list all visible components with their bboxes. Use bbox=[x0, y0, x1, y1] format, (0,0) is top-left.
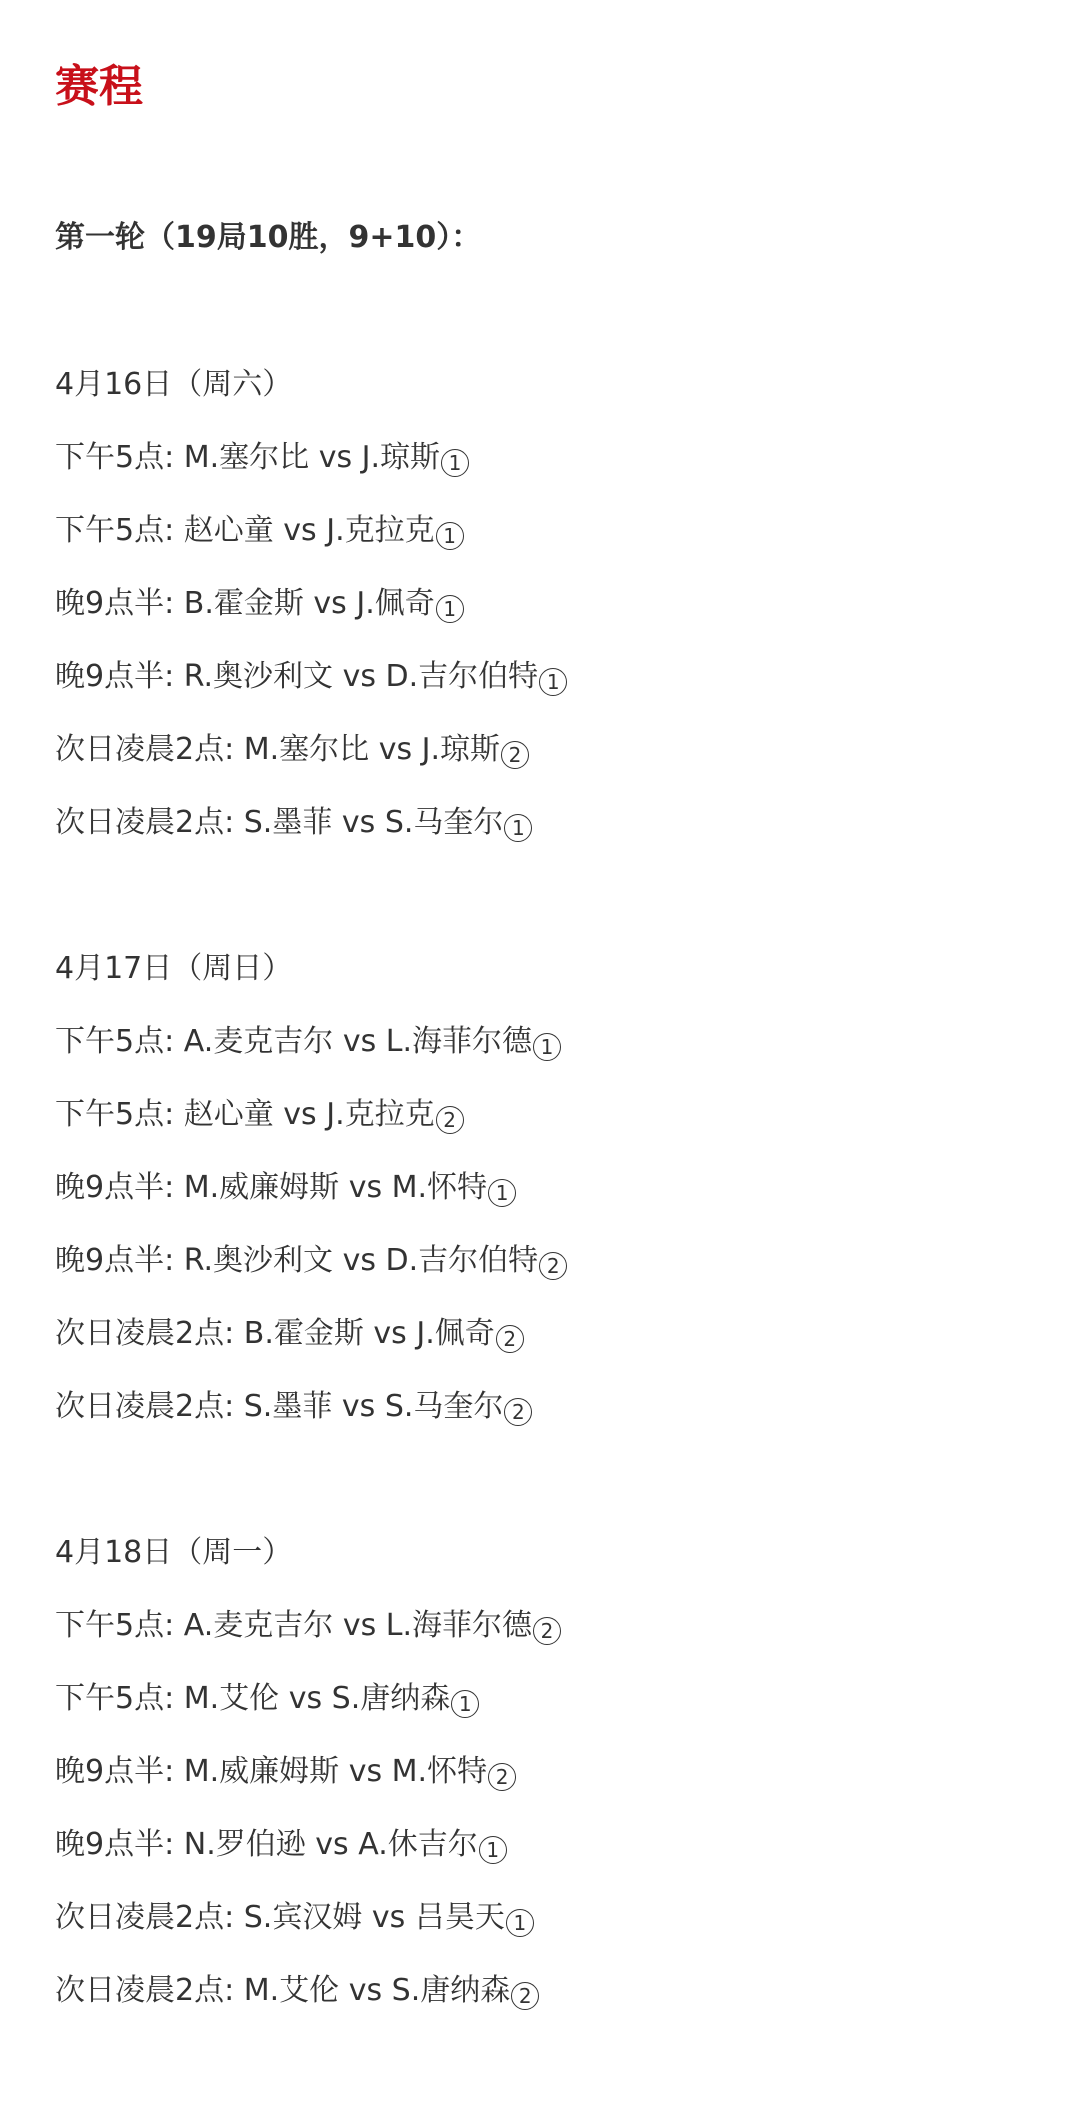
vs-label: vs bbox=[342, 1389, 375, 1424]
player-2: J.佩奇 bbox=[356, 586, 434, 621]
vs-label: vs bbox=[283, 513, 316, 548]
match-time: 次日凌晨2点: bbox=[55, 1900, 234, 1935]
session-number-icon: 1 bbox=[533, 1033, 561, 1061]
match-row: 晚9点半: N.罗伯逊 vs A.休吉尔1 bbox=[55, 1808, 561, 1881]
match-row: 次日凌晨2点: M.艾伦 vs S.唐纳森2 bbox=[55, 1954, 561, 2027]
day-section: 4月16日（周六） 下午5点: M.塞尔比 vs J.琼斯1 下午5点: 赵心童… bbox=[55, 348, 567, 859]
player-1: M.塞尔比 bbox=[244, 732, 369, 767]
match-row: 下午5点: M.塞尔比 vs J.琼斯1 bbox=[55, 421, 567, 494]
player-2: J.琼斯 bbox=[422, 732, 500, 767]
player-1: A.麦克吉尔 bbox=[184, 1608, 334, 1643]
day-section: 4月17日（周日） 下午5点: A.麦克吉尔 vs L.海菲尔德1 下午5点: … bbox=[55, 932, 567, 1443]
player-1: R.奥沙利文 bbox=[184, 659, 333, 694]
player-2: S.唐纳森 bbox=[332, 1681, 451, 1716]
vs-label: vs bbox=[283, 1097, 316, 1132]
match-row: 晚9点半: R.奥沙利文 vs D.吉尔伯特2 bbox=[55, 1224, 567, 1297]
player-1: M.艾伦 bbox=[244, 1973, 339, 2008]
vs-label: vs bbox=[379, 732, 412, 767]
day-section: 4月18日（周一） 下午5点: A.麦克吉尔 vs L.海菲尔德2 下午5点: … bbox=[55, 1516, 561, 2027]
match-time: 下午5点: bbox=[55, 1608, 174, 1643]
player-2: S.唐纳森 bbox=[392, 1973, 511, 2008]
match-row: 晚9点半: M.威廉姆斯 vs M.怀特2 bbox=[55, 1735, 561, 1808]
session-number-icon: 1 bbox=[436, 522, 464, 550]
match-time: 晚9点半: bbox=[55, 1243, 174, 1278]
vs-label: vs bbox=[342, 805, 375, 840]
player-2: D.吉尔伯特 bbox=[386, 1243, 539, 1278]
vs-label: vs bbox=[315, 1827, 348, 1862]
match-row: 晚9点半: B.霍金斯 vs J.佩奇1 bbox=[55, 567, 567, 640]
player-2: A.休吉尔 bbox=[358, 1827, 478, 1862]
vs-label: vs bbox=[343, 1243, 376, 1278]
match-time: 下午5点: bbox=[55, 513, 174, 548]
player-1: B.霍金斯 bbox=[244, 1316, 364, 1351]
match-row: 次日凌晨2点: S.宾汉姆 vs 吕昊天1 bbox=[55, 1881, 561, 1954]
match-time: 晚9点半: bbox=[55, 1754, 174, 1789]
vs-label: vs bbox=[289, 1681, 322, 1716]
vs-label: vs bbox=[372, 1900, 405, 1935]
session-number-icon: 2 bbox=[511, 1982, 539, 2010]
player-2: J.克拉克 bbox=[326, 513, 434, 548]
match-time: 次日凌晨2点: bbox=[55, 1973, 234, 2008]
player-1: S.宾汉姆 bbox=[244, 1900, 363, 1935]
session-number-icon: 2 bbox=[496, 1325, 524, 1353]
match-time: 次日凌晨2点: bbox=[55, 1316, 234, 1351]
session-number-icon: 2 bbox=[436, 1106, 464, 1134]
session-number-icon: 1 bbox=[504, 814, 532, 842]
player-2: S.马奎尔 bbox=[385, 1389, 504, 1424]
session-number-icon: 1 bbox=[488, 1179, 516, 1207]
player-1: 赵心童 bbox=[184, 1097, 274, 1132]
session-number-icon: 2 bbox=[488, 1763, 516, 1791]
player-2: M.怀特 bbox=[392, 1170, 487, 1205]
match-row: 下午5点: 赵心童 vs J.克拉克2 bbox=[55, 1078, 567, 1151]
page-title: 赛程 bbox=[55, 58, 143, 116]
match-row: 下午5点: A.麦克吉尔 vs L.海菲尔德1 bbox=[55, 1005, 567, 1078]
match-row: 次日凌晨2点: S.墨菲 vs S.马奎尔1 bbox=[55, 786, 567, 859]
player-2: J.佩奇 bbox=[416, 1316, 494, 1351]
session-number-icon: 2 bbox=[501, 741, 529, 769]
vs-label: vs bbox=[349, 1973, 382, 2008]
player-1: A.麦克吉尔 bbox=[184, 1024, 334, 1059]
player-1: R.奥沙利文 bbox=[184, 1243, 333, 1278]
match-row: 次日凌晨2点: S.墨菲 vs S.马奎尔2 bbox=[55, 1370, 567, 1443]
day-date: 4月18日（周一） bbox=[55, 1516, 561, 1589]
player-2: J.克拉克 bbox=[326, 1097, 434, 1132]
match-row: 次日凌晨2点: B.霍金斯 vs J.佩奇2 bbox=[55, 1297, 567, 1370]
match-row: 晚9点半: M.威廉姆斯 vs M.怀特1 bbox=[55, 1151, 567, 1224]
day-date: 4月16日（周六） bbox=[55, 348, 567, 421]
player-1: S.墨菲 bbox=[244, 1389, 333, 1424]
match-time: 晚9点半: bbox=[55, 586, 174, 621]
player-1: M.威廉姆斯 bbox=[184, 1754, 339, 1789]
match-time: 晚9点半: bbox=[55, 1827, 174, 1862]
match-row: 下午5点: M.艾伦 vs S.唐纳森1 bbox=[55, 1662, 561, 1735]
match-time: 下午5点: bbox=[55, 1097, 174, 1132]
vs-label: vs bbox=[349, 1754, 382, 1789]
match-row: 下午5点: 赵心童 vs J.克拉克1 bbox=[55, 494, 567, 567]
vs-label: vs bbox=[373, 1316, 406, 1351]
match-time: 下午5点: bbox=[55, 1681, 174, 1716]
player-1: B.霍金斯 bbox=[184, 586, 304, 621]
player-2: L.海菲尔德 bbox=[386, 1608, 532, 1643]
vs-label: vs bbox=[343, 659, 376, 694]
match-time: 晚9点半: bbox=[55, 659, 174, 694]
player-1: M.威廉姆斯 bbox=[184, 1170, 339, 1205]
vs-label: vs bbox=[319, 440, 352, 475]
vs-label: vs bbox=[349, 1170, 382, 1205]
match-row: 下午5点: A.麦克吉尔 vs L.海菲尔德2 bbox=[55, 1589, 561, 1662]
player-2: S.马奎尔 bbox=[385, 805, 504, 840]
player-2: 吕昊天 bbox=[415, 1900, 505, 1935]
match-time: 晚9点半: bbox=[55, 1170, 174, 1205]
match-time: 次日凌晨2点: bbox=[55, 805, 234, 840]
match-row: 晚9点半: R.奥沙利文 vs D.吉尔伯特1 bbox=[55, 640, 567, 713]
round-header: 第一轮（19局10胜，9+10）： bbox=[55, 219, 481, 257]
player-1: M.艾伦 bbox=[184, 1681, 279, 1716]
player-1: M.塞尔比 bbox=[184, 440, 309, 475]
player-1: S.墨菲 bbox=[244, 805, 333, 840]
player-1: N.罗伯逊 bbox=[184, 1827, 306, 1862]
match-time: 次日凌晨2点: bbox=[55, 1389, 234, 1424]
session-number-icon: 2 bbox=[504, 1398, 532, 1426]
session-number-icon: 1 bbox=[506, 1909, 534, 1937]
match-time: 下午5点: bbox=[55, 440, 174, 475]
player-1: 赵心童 bbox=[184, 513, 274, 548]
session-number-icon: 1 bbox=[451, 1690, 479, 1718]
vs-label: vs bbox=[343, 1024, 376, 1059]
session-number-icon: 1 bbox=[479, 1836, 507, 1864]
match-time: 次日凌晨2点: bbox=[55, 732, 234, 767]
match-time: 下午5点: bbox=[55, 1024, 174, 1059]
session-number-icon: 2 bbox=[539, 1252, 567, 1280]
session-number-icon: 1 bbox=[539, 668, 567, 696]
day-date: 4月17日（周日） bbox=[55, 932, 567, 1005]
player-2: M.怀特 bbox=[392, 1754, 487, 1789]
session-number-icon: 1 bbox=[436, 595, 464, 623]
player-2: D.吉尔伯特 bbox=[386, 659, 539, 694]
session-number-icon: 1 bbox=[441, 449, 469, 477]
match-row: 次日凌晨2点: M.塞尔比 vs J.琼斯2 bbox=[55, 713, 567, 786]
player-2: J.琼斯 bbox=[362, 440, 440, 475]
player-2: L.海菲尔德 bbox=[386, 1024, 532, 1059]
session-number-icon: 2 bbox=[533, 1617, 561, 1645]
vs-label: vs bbox=[343, 1608, 376, 1643]
vs-label: vs bbox=[313, 586, 346, 621]
